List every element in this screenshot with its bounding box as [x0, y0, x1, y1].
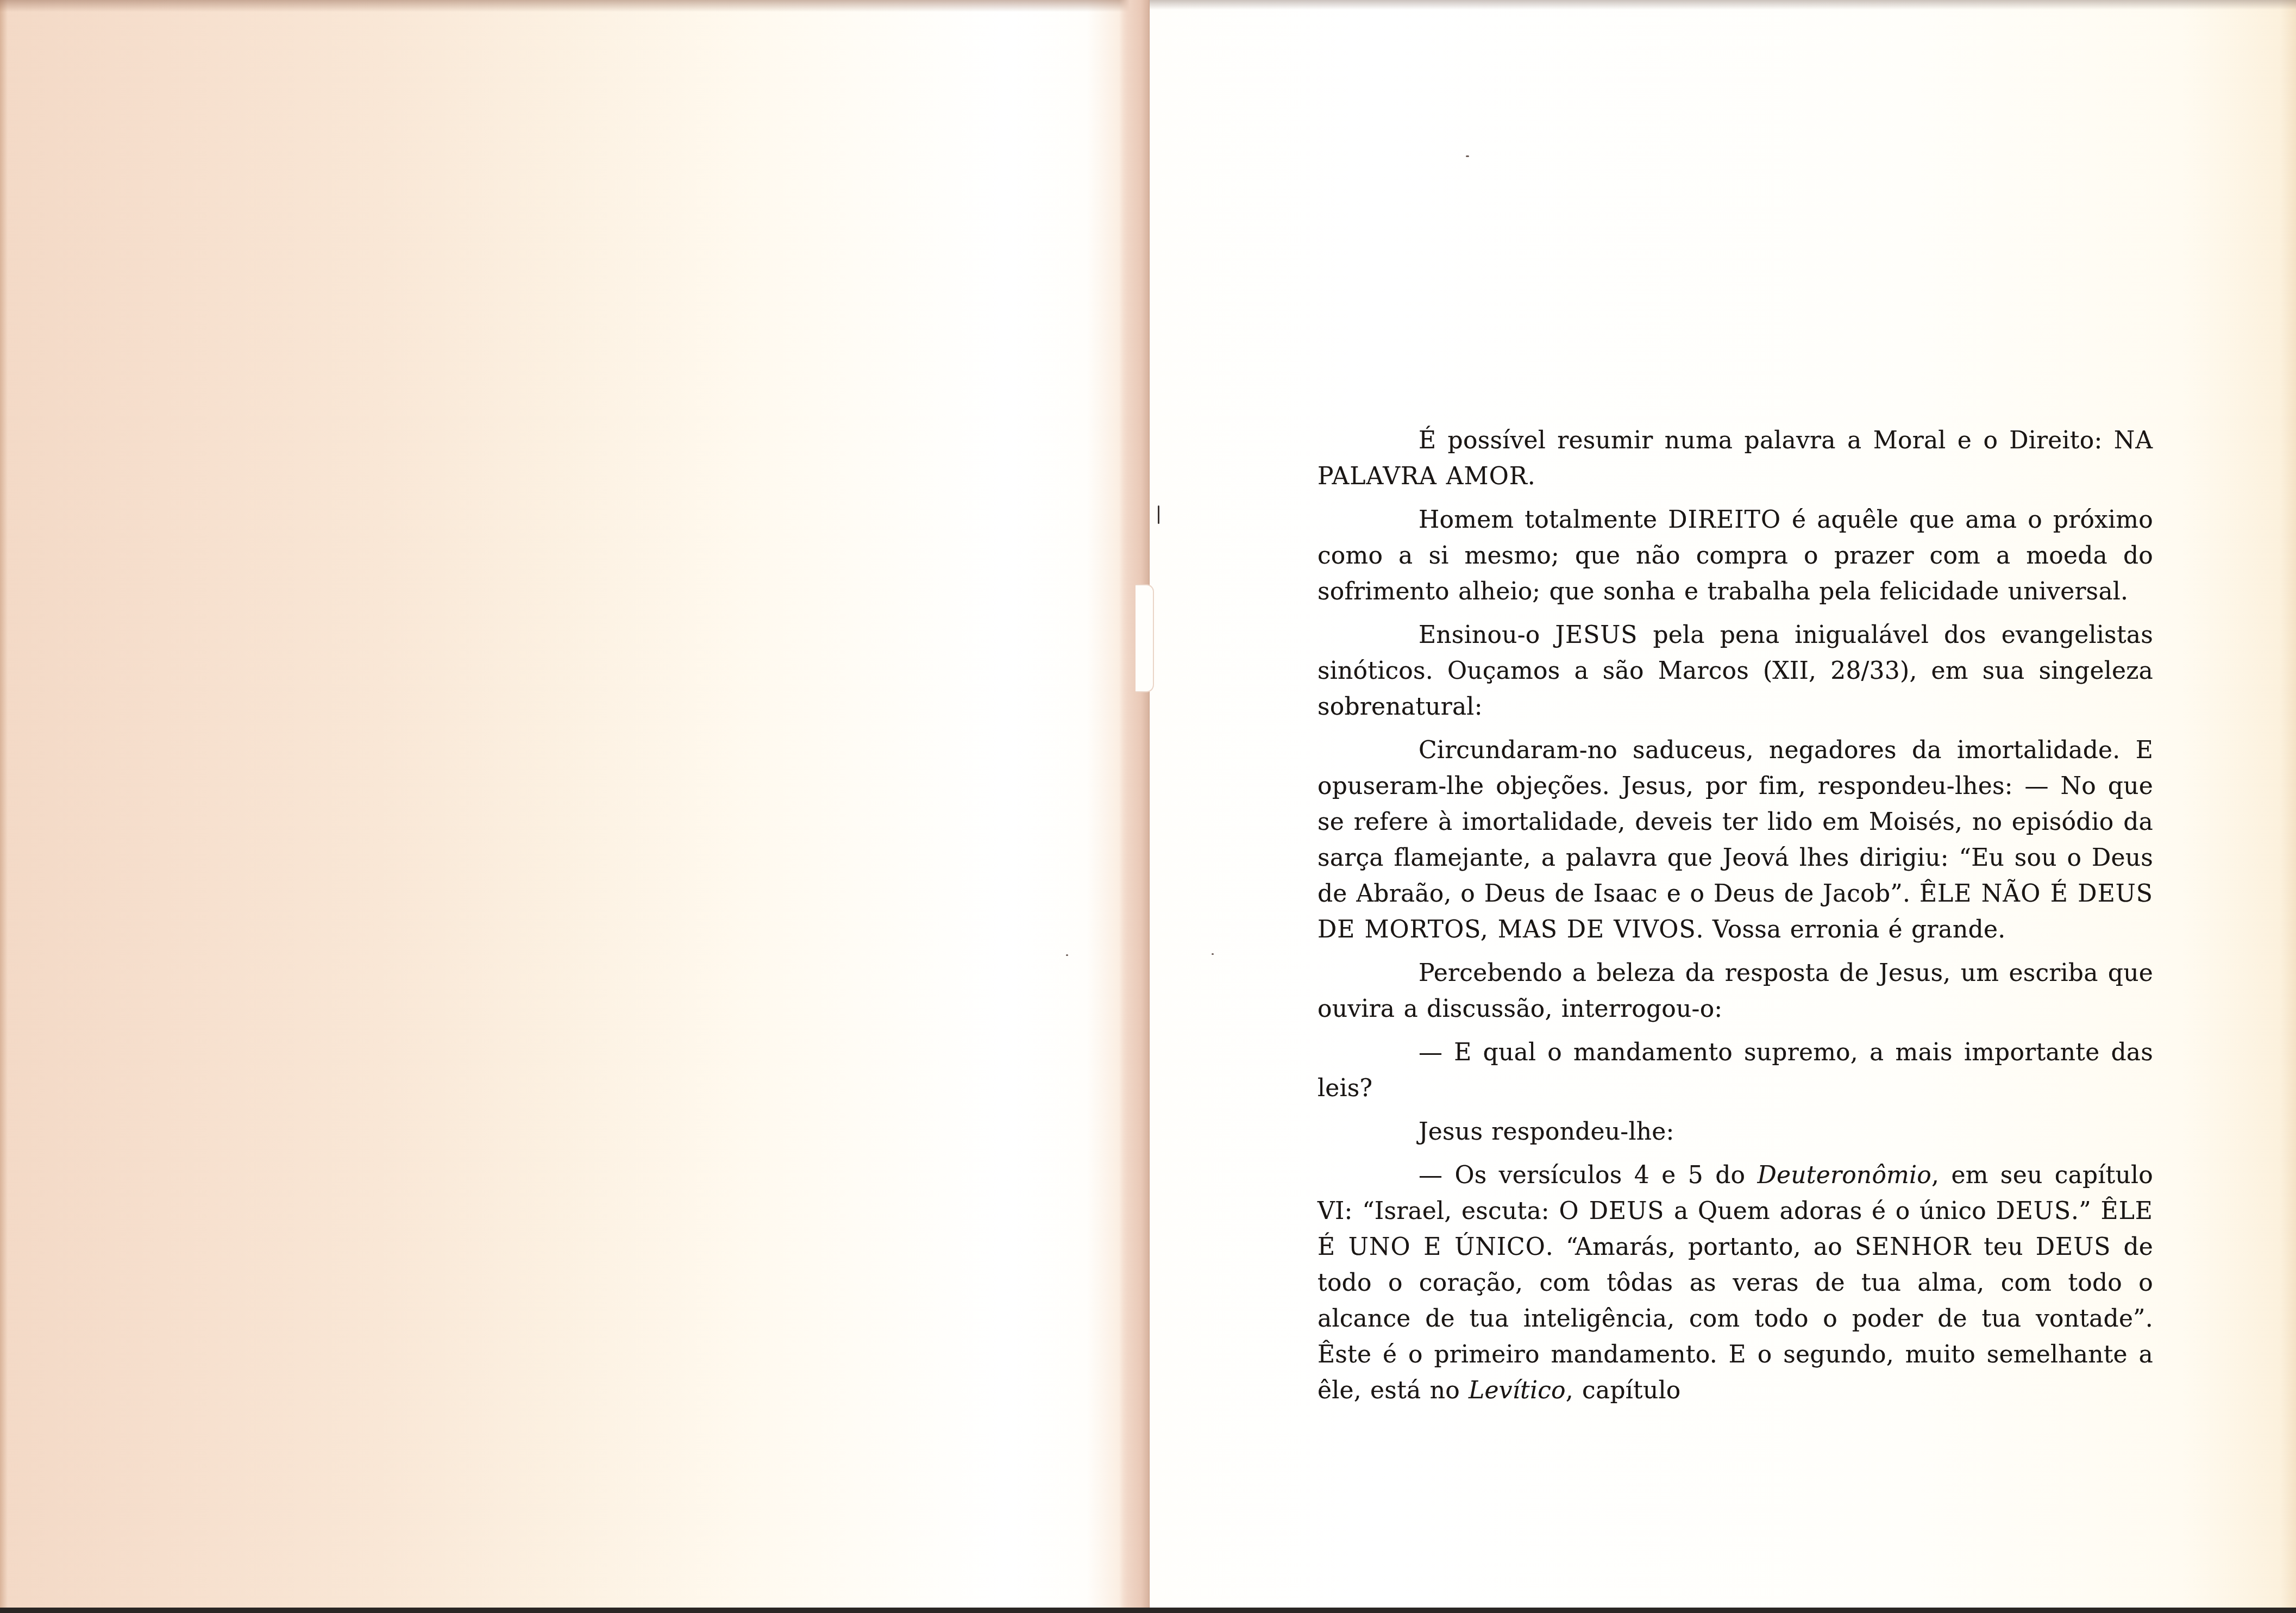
scan-bottom-edge: [0, 1608, 2296, 1613]
gutter-paper-fold: [1136, 584, 1154, 692]
stray-mark: [1466, 155, 1469, 157]
text-run: — E qual o mandamento supremo, a mais im…: [1318, 1039, 2153, 1102]
italic-text: Deuteronômio: [1758, 1161, 1931, 1189]
emphasis-caps-text: DEUS: [1996, 1197, 2071, 1225]
stray-mark: [1212, 953, 1214, 955]
paragraph: Percebendo a beleza da resposta de Jesus…: [1318, 955, 2153, 1027]
paragraph: — E qual o mandamento supremo, a mais im…: [1318, 1035, 2153, 1106]
text-run: Ensinou-o: [1419, 621, 1555, 649]
book-gutter: [1119, 0, 1150, 1613]
text-run: a Quem adoras é o único: [1664, 1197, 1996, 1225]
left-page-blank: [0, 0, 1133, 1613]
paragraph: É possível resumir numa palavra a Moral …: [1318, 423, 2153, 495]
text-run: Percebendo a beleza da resposta de Jesus…: [1318, 959, 2153, 1023]
emphasis-caps-text: DEUS: [2036, 1233, 2111, 1261]
book-spread: É possível resumir numa palavra a Moral …: [0, 0, 2296, 1613]
text-run: teu: [1971, 1233, 2036, 1261]
paragraph: Ensinou-o JESUS pela pena inigualável do…: [1318, 617, 2153, 725]
italic-text: Levítico: [1469, 1377, 1566, 1404]
paragraph: Jesus respondeu-lhe:: [1318, 1114, 2153, 1150]
paragraph: Homem totalmente DIREITO é aquêle que am…: [1318, 502, 2153, 610]
text-run: .”: [2071, 1197, 2100, 1225]
emphasis-caps-text: JESUS: [1555, 621, 1638, 649]
emphasis-caps-text: DIREITO: [1668, 506, 1781, 534]
text-run: Homem totalmente: [1419, 506, 1668, 534]
emphasis-caps-text: O DEUS: [1559, 1197, 1664, 1225]
emphasis-caps-text: SENHOR: [1855, 1233, 1971, 1261]
text-run: Jesus respondeu-lhe:: [1419, 1118, 1674, 1146]
paragraph: — Os versículos 4 e 5 do Deuteronômio, e…: [1318, 1158, 2153, 1409]
stray-mark: [1066, 954, 1068, 956]
text-run: — Os versículos 4 e 5 do: [1419, 1161, 1758, 1189]
stray-mark: [1158, 505, 1159, 524]
text-run: , capítulo: [1566, 1377, 1681, 1404]
text-run: . “Amarás, portanto, ao: [1546, 1233, 1855, 1261]
page-body-text: É possível resumir numa palavra a Moral …: [1318, 423, 2153, 1416]
text-run: . Vossa erronia é grande.: [1696, 916, 2006, 943]
text-run: É possível resumir numa palavra a Moral …: [1419, 427, 2114, 454]
paragraph: Circundaram-no saduceus, negadores da im…: [1318, 733, 2153, 948]
